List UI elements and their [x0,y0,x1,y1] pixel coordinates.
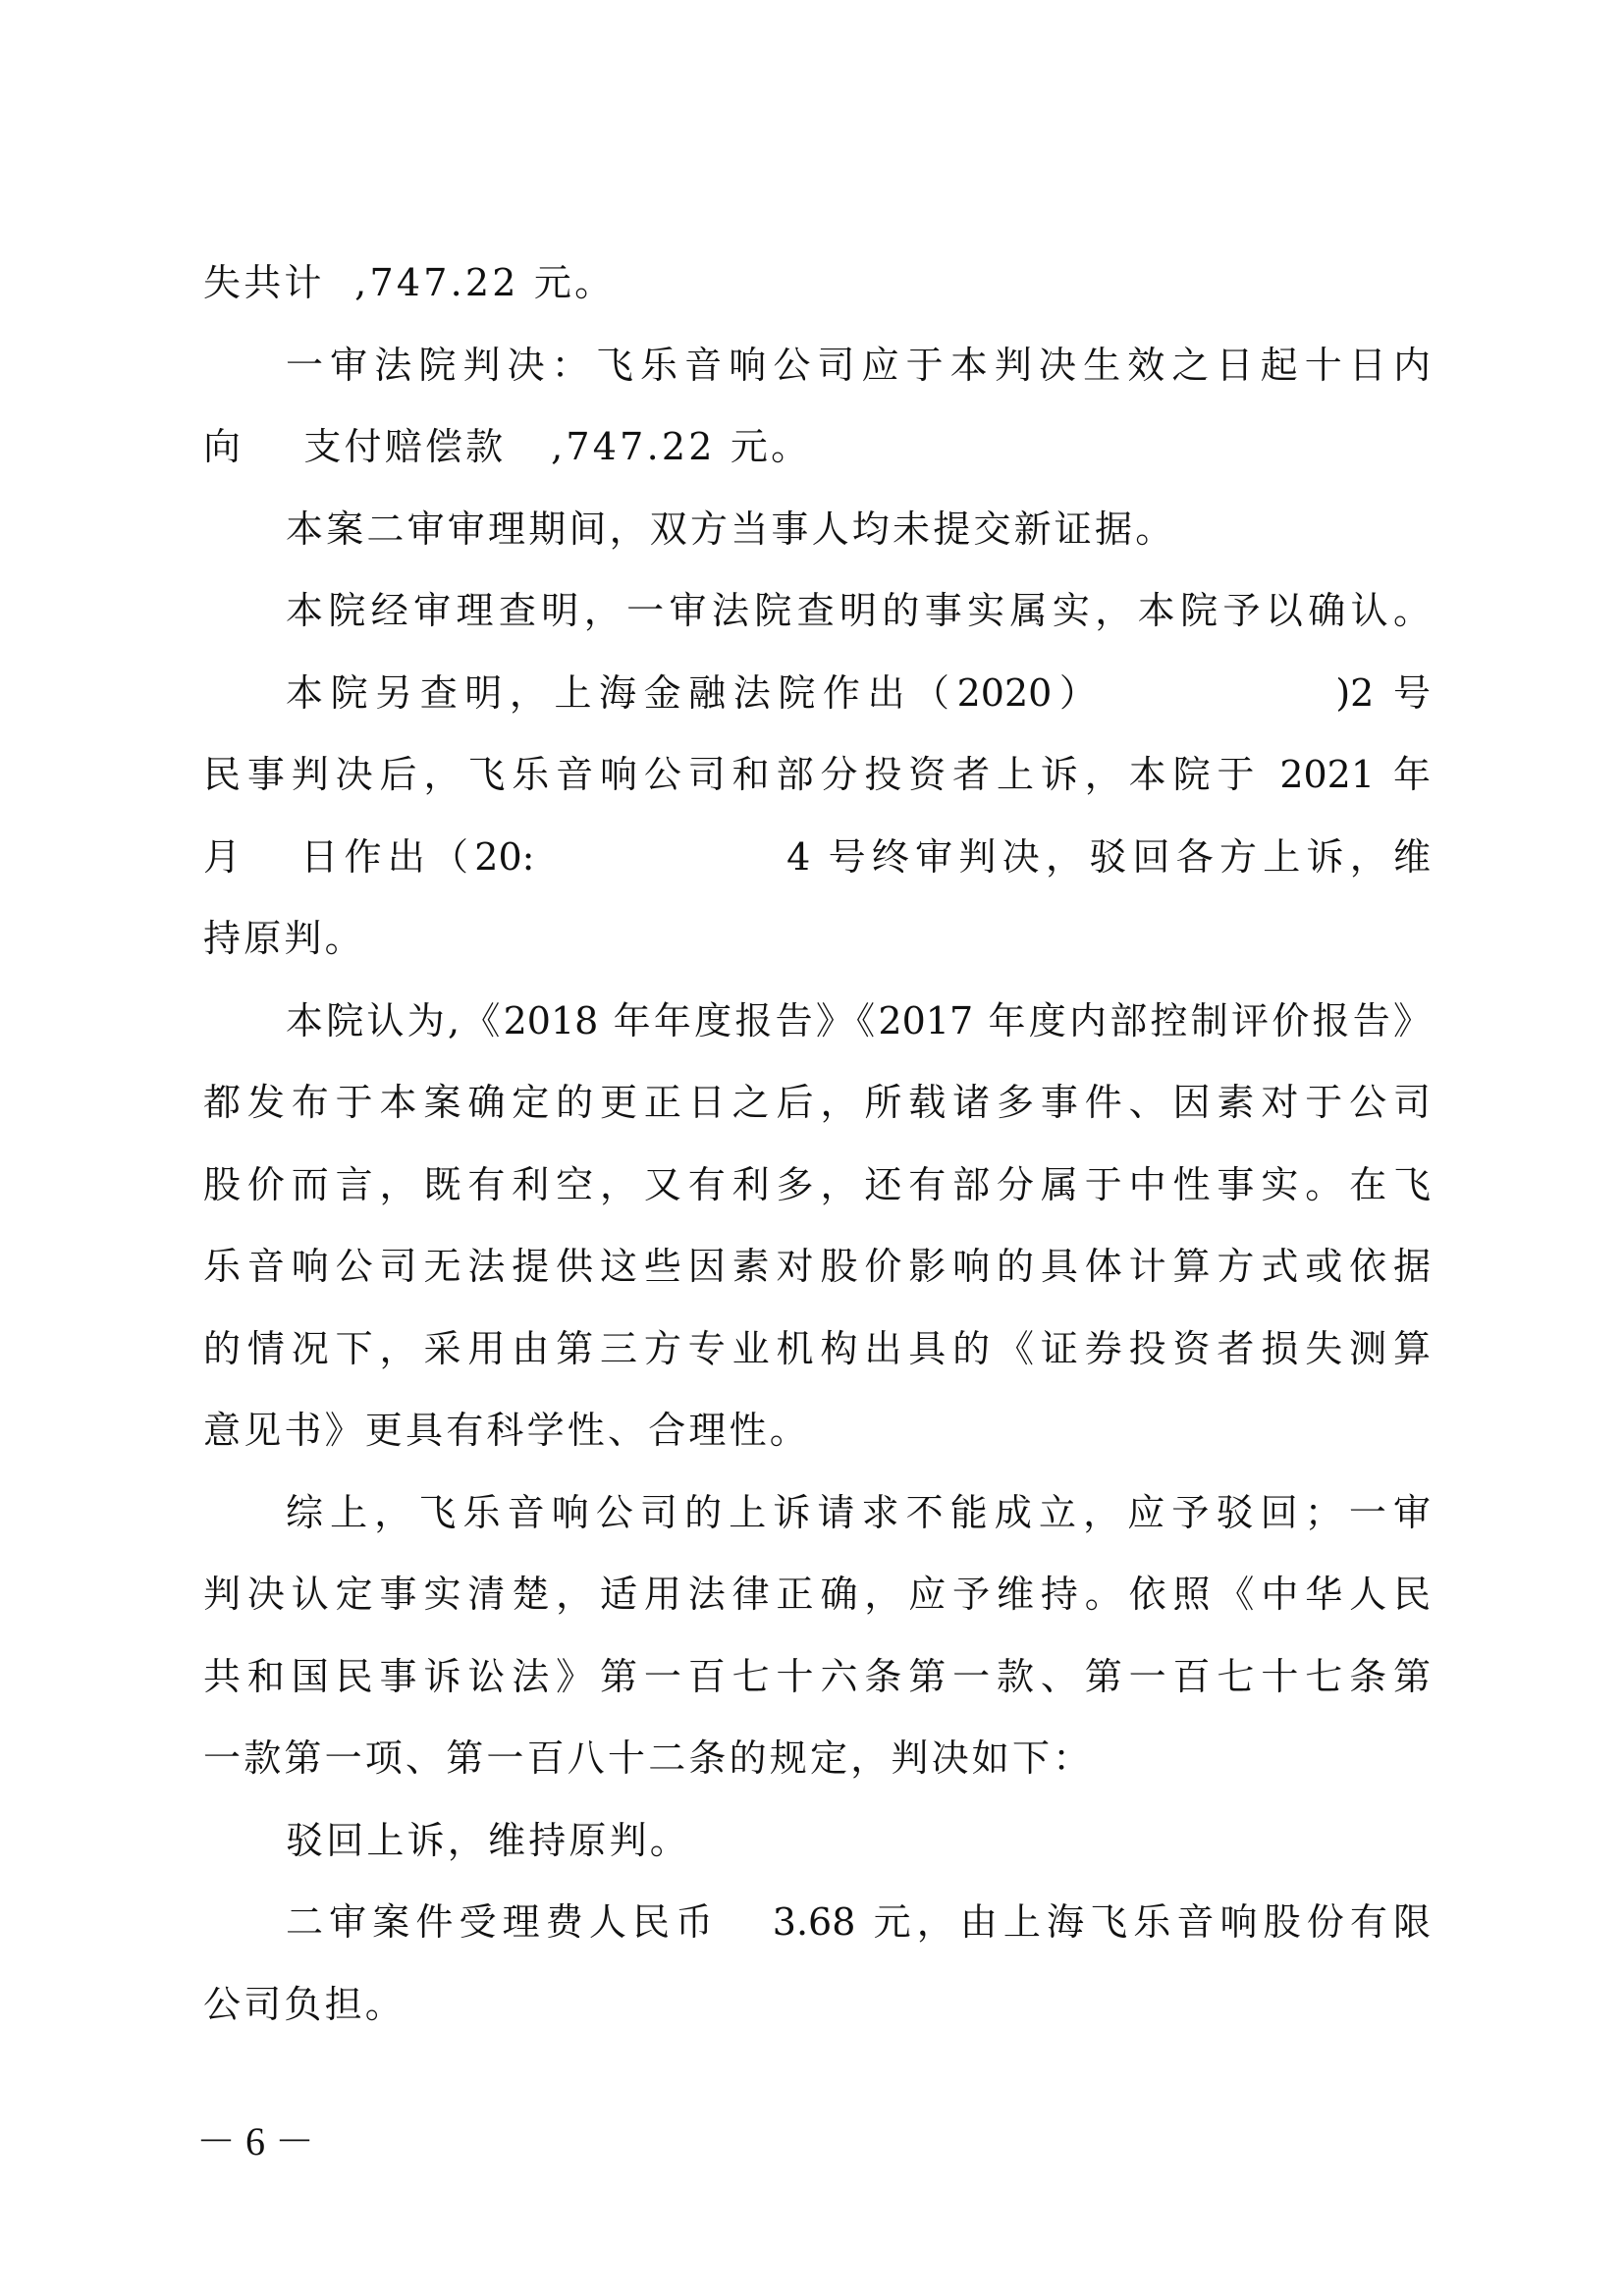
text-line: 向 支付赔偿款 ,747.22 元。 [203,417,1431,500]
text-line: 驳回上诉，维持原判。 [203,1811,1431,1894]
judgment-body-text: 失共计 ,747.22 元。 一审法院判决：飞乐音响公司应于本判决生效之日起十日… [203,253,1431,2056]
text-line: 共和国民事诉讼法》第一百七十六条第一款、第一百七十七条第 [203,1647,1431,1730]
text-line: 综上，飞乐音响公司的上诉请求不能成立，应予驳回；一审 [203,1483,1431,1566]
text-line: 月 日作出（20: 4 号终审判决，驳回各方上诉，维 [203,828,1431,910]
text-line: 本院经审理查明，一审法院查明的事实属实，本院予以确认。 [203,581,1431,664]
text-line: 一审法院判决：飞乐音响公司应于本判决生效之日起十日内 [203,336,1431,418]
text-line: 意见书》更具有科学性、合理性。 [203,1401,1431,1483]
document-page: 失共计 ,747.22 元。 一审法院判决：飞乐音响公司应于本判决生效之日起十日… [0,0,1624,2296]
text-line: 本院另查明，上海金融法院作出（2020） )2 号 [203,664,1431,746]
text-line: 都发布于本案确定的更正日之后，所载诸多事件、因素对于公司 [203,1073,1431,1155]
text-line: 判决认定事实清楚，适用法律正确，应予维持。依照《中华人民 [203,1565,1431,1647]
text-line: 本案二审审理期间，双方当事人均未提交新证据。 [203,500,1431,582]
text-line: 二审案件受理费人民币 3.68 元，由上海飞乐音响股份有限 [203,1893,1431,1975]
text-line: 公司负担。 [203,1975,1431,2057]
text-line: 持原判。 [203,909,1431,991]
text-line: 失共计 ,747.22 元。 [203,253,1431,336]
text-line: 本院认为,《2018 年年度报告》《2017 年度内部控制评价报告》 [203,991,1431,1074]
text-line: 一款第一项、第一百八十二条的规定，判决如下： [203,1729,1431,1811]
text-line: 的情况下，采用由第三方专业机构出具的《证券投资者损失测算 [203,1319,1431,1402]
text-line: 乐音响公司无法提供这些因素对股价影响的具体计算方式或依据 [203,1237,1431,1319]
text-line: 民事判决后，飞乐音响公司和部分投资者上诉，本院于 2021 年 [203,745,1431,828]
page-number: － 6 － [196,2110,314,2166]
text-line: 股价而言，既有利空，又有利多，还有部分属于中性事实。在飞 [203,1155,1431,1238]
